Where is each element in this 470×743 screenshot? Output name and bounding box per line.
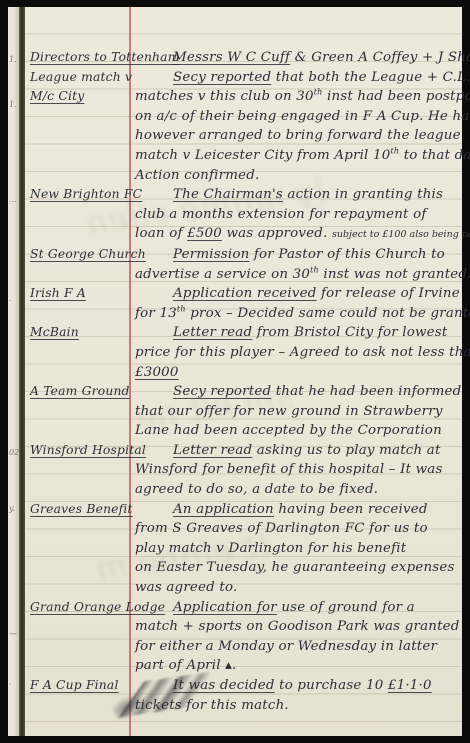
entry-body: Application for use of ground for amatch… bbox=[135, 598, 460, 676]
entry-line: Letter read from Bristol City for lowest bbox=[135, 323, 470, 343]
minute-entry: Greaves BenefitAn application having bee… bbox=[30, 500, 458, 598]
entry-body: Messrs W C Cuff & Green A Coffey + J Sha… bbox=[135, 48, 470, 68]
entry-line: price for this player – Agreed to ask no… bbox=[135, 343, 470, 363]
minute-entry: McBainLetter read from Bristol City for … bbox=[30, 323, 458, 382]
entry-body: An application having been receivedfrom … bbox=[135, 500, 458, 598]
entry-body: It was decided to purchase 10 £1·1·0tick… bbox=[135, 676, 458, 715]
entry-line: Application for use of ground for a bbox=[135, 598, 460, 618]
entry-line: however arranged to bring forward the le… bbox=[135, 126, 470, 146]
minute-entry: New Brighton FCThe Chairman's action in … bbox=[30, 185, 458, 245]
entry-heading: St George Church bbox=[30, 245, 125, 265]
entry-heading: New Brighton FC bbox=[30, 185, 125, 205]
entry-heading-line: M/c City bbox=[30, 87, 125, 107]
entry-line: club a months extension for repayment of bbox=[135, 205, 470, 225]
entry-line: for 13th prox – Decided same could not b… bbox=[135, 304, 470, 324]
entry-line: that our offer for new ground in Strawbe… bbox=[135, 402, 461, 422]
minute-entry: Directors to TottenhamMessrs W C Cuff & … bbox=[30, 48, 458, 68]
entry-body: Secy reported that both the League + C.L… bbox=[135, 68, 470, 186]
entry-heading-line: St George Church bbox=[30, 245, 125, 265]
entry-heading: Winsford Hospital bbox=[30, 441, 125, 461]
entry-heading-line: Irish F A bbox=[30, 284, 125, 304]
entry-heading: F A Cup Final bbox=[30, 676, 125, 696]
entry-line: loan of £500 was approved. subject to £1… bbox=[135, 224, 470, 245]
entry-line: match + sports on Goodison Park was gran… bbox=[135, 617, 460, 637]
entry-body: Letter read asking us to play match atWi… bbox=[135, 441, 458, 500]
previous-page-edge bbox=[8, 7, 19, 736]
minute-entry: Winsford HospitalLetter read asking us t… bbox=[30, 441, 458, 500]
entry-body: Letter read from Bristol City for lowest… bbox=[135, 323, 470, 382]
entry-line: Lane had been accepted by the Corporatio… bbox=[135, 421, 461, 441]
entry-heading: McBain bbox=[30, 323, 125, 343]
minute-entry: St George ChurchPermission for Pastor of… bbox=[30, 245, 458, 284]
entry-body: Secy reported that he had been informedt… bbox=[135, 382, 461, 441]
edge-mark: y. bbox=[9, 504, 15, 513]
minute-entry: F A Cup FinalIt was decided to purchase … bbox=[30, 676, 458, 715]
entry-line: on a/c of their being engaged in F A Cup… bbox=[135, 107, 470, 127]
entry-line: matches v this club on 30th inst had bee… bbox=[135, 87, 470, 107]
entry-heading-line: New Brighton FC bbox=[30, 185, 125, 205]
entry-heading: A Team Ground bbox=[30, 382, 125, 402]
entry-heading: League match vM/c City bbox=[30, 68, 125, 107]
entry-line: The Chairman's action in granting this bbox=[135, 185, 470, 205]
entry-line: Secy reported that both the League + C.L… bbox=[135, 68, 470, 88]
entry-line: Letter read asking us to play match at bbox=[135, 441, 458, 461]
entry-line: part of April ▴. bbox=[135, 656, 460, 676]
entry-body: The Chairman's action in granting thiscl… bbox=[135, 185, 470, 245]
entry-heading-line: Greaves Benefit bbox=[30, 500, 125, 520]
minute-entry: League match vM/c CitySecy reported that… bbox=[30, 68, 458, 186]
minute-entry: Irish F AApplication received for releas… bbox=[30, 284, 458, 323]
entry-line: Action confirmed. bbox=[135, 166, 470, 186]
entry-line: from S Greaves of Darlington FC for us t… bbox=[135, 519, 458, 539]
minute-entry: A Team GroundSecy reported that he had b… bbox=[30, 382, 458, 441]
entry-line: Secy reported that he had been informed bbox=[135, 382, 461, 402]
entry-heading: Irish F A bbox=[30, 284, 125, 304]
entry-line: An application having been received bbox=[135, 500, 458, 520]
ledger-paper: ly mnme ellen sm elt ne tt elnne m Direc… bbox=[25, 7, 462, 736]
entry-heading: Grand Orange Lodge bbox=[30, 598, 125, 618]
entry-heading-line: Winsford Hospital bbox=[30, 441, 125, 461]
entry-body: Permission for Pastor of this Church toa… bbox=[135, 245, 470, 284]
entry-line: It was decided to purchase 10 £1·1·0 bbox=[135, 676, 458, 696]
entry-line: on Easter Tuesday, he guaranteeing expen… bbox=[135, 558, 458, 578]
entry-line: agreed to do so, a date to be fixed. bbox=[135, 480, 458, 500]
entry-heading: Greaves Benefit bbox=[30, 500, 125, 520]
entry-heading-line: A Team Ground bbox=[30, 382, 125, 402]
minute-entry: Grand Orange LodgeApplication for use of… bbox=[30, 598, 458, 676]
entry-heading-line: F A Cup Final bbox=[30, 676, 125, 696]
entries: Directors to TottenhamMessrs W C Cuff & … bbox=[25, 7, 462, 715]
entry-line: for either a Monday or Wednesday in latt… bbox=[135, 637, 460, 657]
entry-heading-line: Grand Orange Lodge bbox=[30, 598, 125, 618]
entry-line: Permission for Pastor of this Church to bbox=[135, 245, 470, 265]
edge-mark: , bbox=[9, 677, 12, 686]
edge-mark: — bbox=[9, 629, 17, 638]
edge-mark: 1. bbox=[9, 100, 17, 109]
entry-line: was agreed to. bbox=[135, 578, 458, 598]
entry-heading: Directors to Tottenham bbox=[30, 48, 125, 68]
entry-line: Application received for release of Irvi… bbox=[135, 284, 470, 304]
minute-book-page: ly mnme ellen sm elt ne tt elnne m Direc… bbox=[8, 7, 462, 736]
edge-mark: . bbox=[9, 294, 12, 303]
edge-mark: ... bbox=[9, 195, 17, 204]
entry-line: Winsford for benefit of this hospital – … bbox=[135, 460, 458, 480]
entry-line: match v Leicester City from April 10th t… bbox=[135, 146, 470, 166]
entry-heading-line: McBain bbox=[30, 323, 125, 343]
entry-line: play match v Darlington for his benefit bbox=[135, 539, 458, 559]
entry-heading-line: League match v bbox=[30, 68, 125, 88]
entry-line: £3000 bbox=[135, 363, 470, 383]
entry-heading-line: Directors to Tottenham bbox=[30, 48, 125, 68]
edge-mark: 02 bbox=[9, 448, 19, 457]
entry-line: Messrs W C Cuff & Green A Coffey + J Sha… bbox=[135, 48, 470, 68]
entry-body: Application received for release of Irvi… bbox=[135, 284, 470, 323]
entry-line: advertise a service on 30th inst was not… bbox=[135, 265, 470, 285]
edge-mark: 1. bbox=[9, 55, 17, 64]
entry-line: tickets for this match. bbox=[135, 696, 458, 716]
